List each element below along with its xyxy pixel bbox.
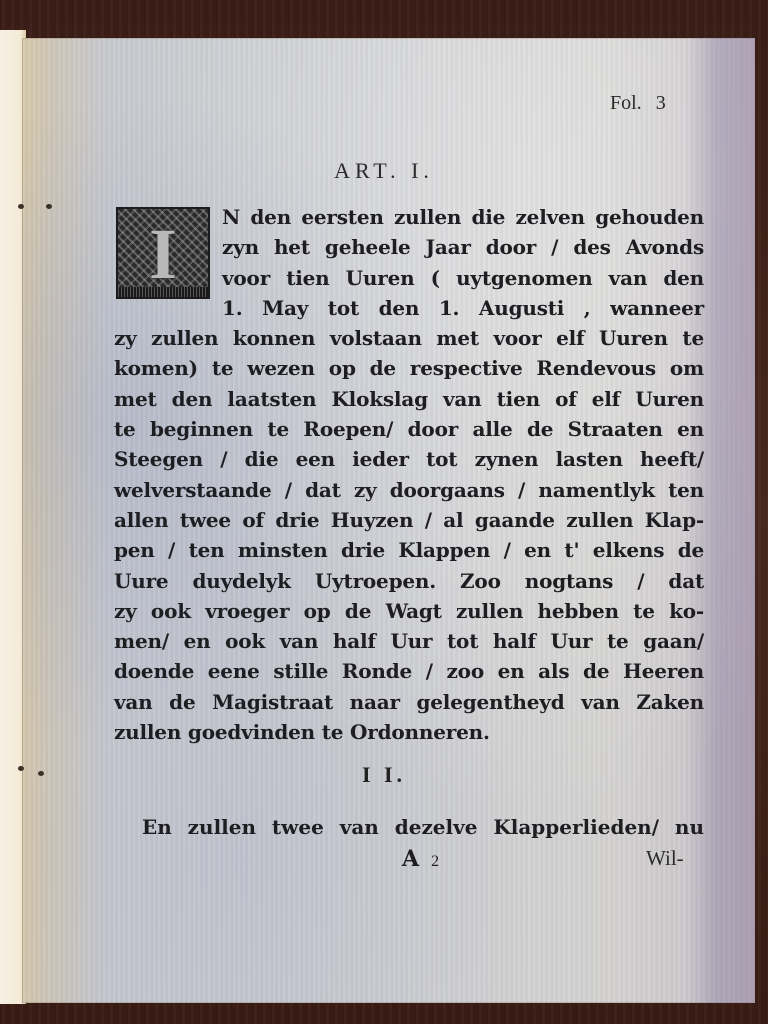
catchword: Wil- xyxy=(646,846,684,871)
text-line: Steegen / die een ieder tot zynen lasten… xyxy=(114,444,704,474)
text-line: met den laatsten Klokslag van tien of el… xyxy=(114,384,704,414)
folio-page-number: 3 xyxy=(656,92,666,114)
signature-letter: A xyxy=(402,846,419,872)
text-line: zy ook vroeger op de Wagt zullen hebben … xyxy=(114,596,704,626)
section-2-heading: I I. xyxy=(0,762,768,788)
section-2-first-line: En zullen twee van dezelve Klapperlieden… xyxy=(142,815,704,839)
text-line: doende eene stille Ronde / zoo en als de… xyxy=(114,656,704,686)
stitch-hole xyxy=(46,204,52,209)
text-line: zy zullen konnen volstaan met voor elf U… xyxy=(114,323,704,353)
text-line: 1. May tot den 1. Augusti , wanneer xyxy=(114,293,704,323)
text-line: voor tien Uuren ( uytgenomen van den xyxy=(114,263,704,293)
signature-number: 2 xyxy=(431,853,439,870)
folio-number: Fol.3 xyxy=(610,92,666,115)
text-line: zullen goedvinden te Ordonneren. xyxy=(114,717,704,747)
text-line: men/ en ook van half Uur tot half Uur te… xyxy=(114,626,704,656)
article-heading: ART. I. xyxy=(0,158,768,184)
text-line: van de Magistraat naar gelegentheyd van … xyxy=(114,687,704,717)
text-line: te beginnen te Roepen/ door alle de Stra… xyxy=(114,414,704,444)
text-line: zyn het geheele Jaar door / des Avonds xyxy=(114,232,704,262)
article-1-text: N den eersten zullen die zelven gehouden… xyxy=(114,202,704,747)
text-line: allen twee of drie Huyzen / al gaande zu… xyxy=(114,505,704,535)
text-line: N den eersten zullen die zelven gehouden xyxy=(114,202,704,232)
text-line: welverstaande / dat zy doorgaans / namen… xyxy=(114,475,704,505)
text-line: Uure duydelyk Uytroepen. Zoo nogtans / d… xyxy=(114,566,704,596)
signature-mark: A2 xyxy=(402,846,439,872)
folio-label: Fol. xyxy=(610,92,642,114)
text-line: komen) te wezen op de respective Rendevo… xyxy=(114,353,704,383)
stitch-hole xyxy=(18,204,24,209)
text-line: pen / ten minsten drie Klappen / en t' e… xyxy=(114,535,704,565)
